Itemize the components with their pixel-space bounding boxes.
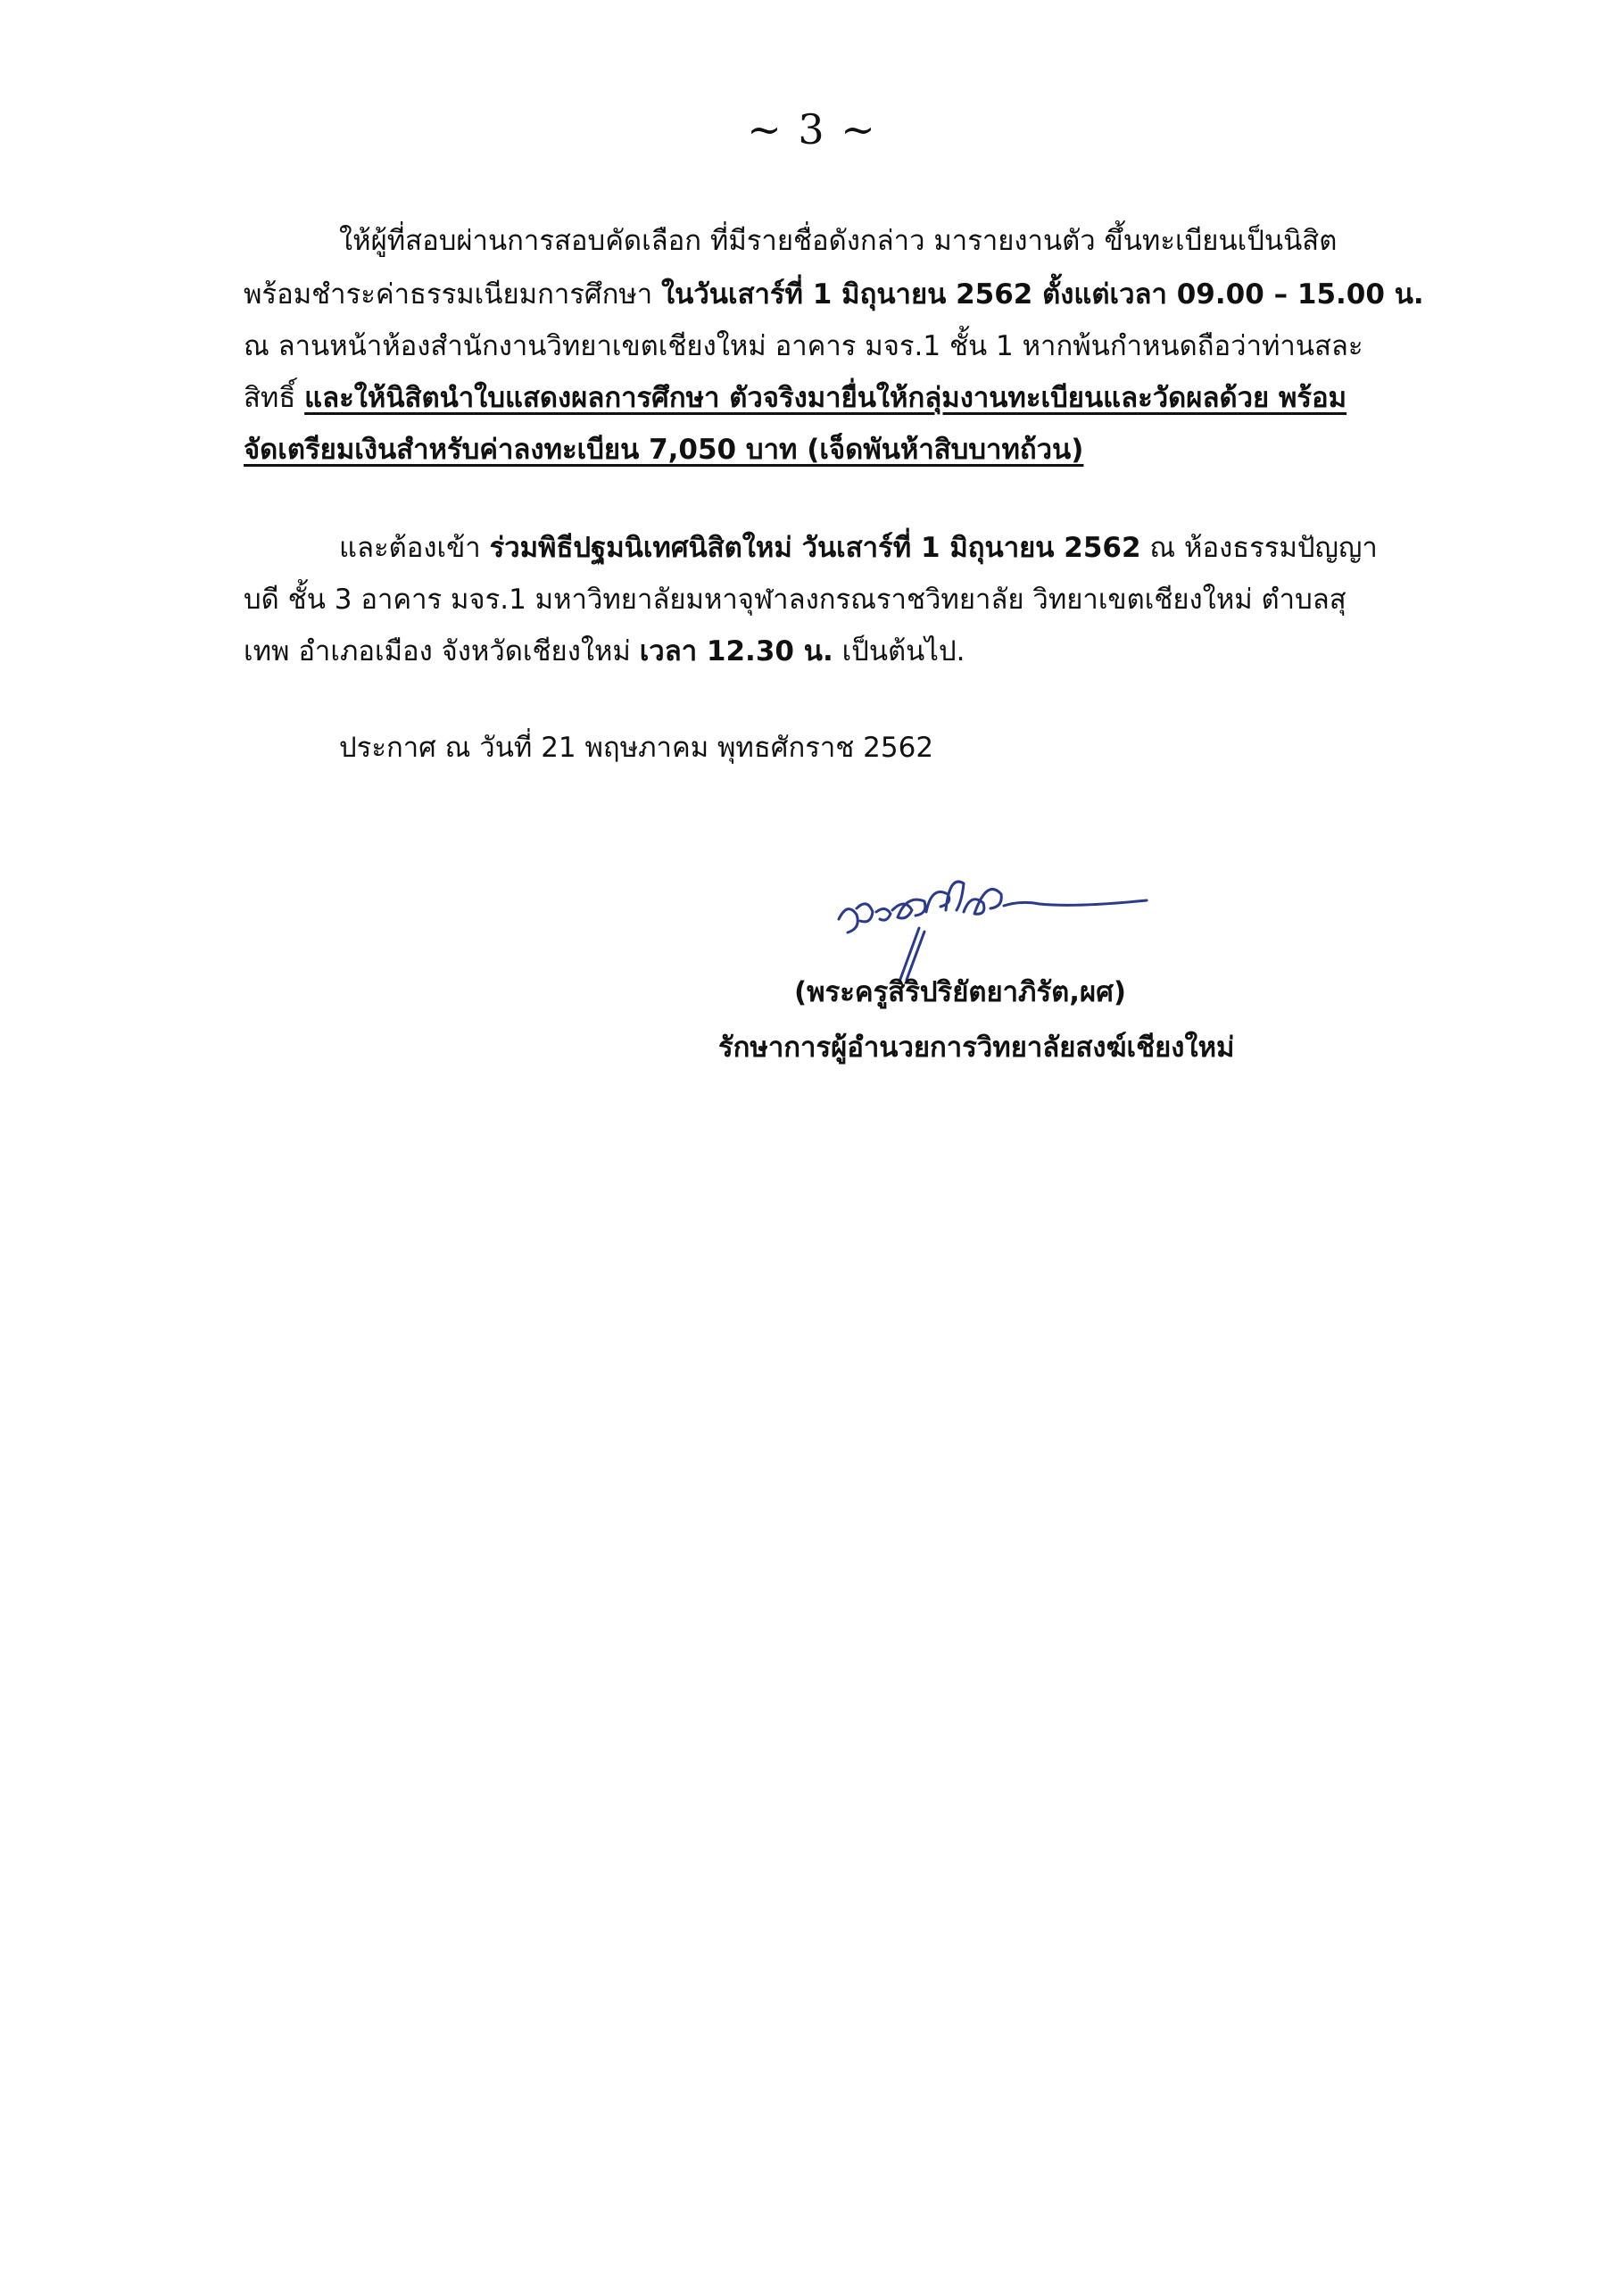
registration-fee: จัดเตรียมเงินสำหรับค่าลงทะเบียน 7,050 บา… xyxy=(244,434,1083,466)
location-text: เทพ อำเภอเมือง จังหวัดเชียงใหม่ xyxy=(244,635,640,667)
forfeit-text: สิทธิ์ xyxy=(244,382,304,414)
fee-text: พร้อมชำระค่าธรรมเนียมการศึกษา xyxy=(244,278,661,311)
paragraph1-line1: ให้ผู้ที่สอบผ่านการสอบคัดเลือก ที่มีรายช… xyxy=(339,223,1454,259)
document-page: ~ 3 ~ ให้ผู้ที่สอบผ่านการสอบคัดเลือก ที่… xyxy=(0,0,1624,2296)
orientation-date: ร่วมพิธีปฐมนิเทศนิสิตใหม่ วันเสาร์ที่ 1 … xyxy=(490,532,1141,564)
orientation-time: เวลา 12.30 น. xyxy=(640,635,833,667)
transcript-instruction: และให้นิสิตนำใบแสดงผลการศึกษา ตัวจริงมาย… xyxy=(304,382,1346,414)
paragraph2-line3: เทพ อำเภอเมือง จังหวัดเชียงใหม่ เวลา 12.… xyxy=(244,634,1359,669)
paragraph1-line3: ณ ลานหน้าห้องสำนักงานวิทยาเขตเชียงใหม่ อ… xyxy=(244,328,1359,364)
signatory-name: (พระครูสิริปริยัตยาภิรัต,ผศ) xyxy=(794,969,1126,1014)
venue-text: ณ ห้องธรรมปัญญา xyxy=(1141,532,1378,564)
page-number: ~ 3 ~ xyxy=(0,105,1624,153)
paragraph2-line1: และต้องเข้า ร่วมพิธีปฐมนิเทศนิสิตใหม่ วั… xyxy=(339,530,1454,566)
announcement-date: ประกาศ ณ วันที่ 21 พฤษภาคม พุทธศักราช 25… xyxy=(339,730,1454,766)
signatory-position: รักษาการผู้อำนวยการวิทยาลัยสงฆ์เชียงใหม่ xyxy=(718,1024,1234,1069)
paragraph1-line4: สิทธิ์ และให้นิสิตนำใบแสดงผลการศึกษา ตัว… xyxy=(244,380,1359,416)
registration-date-time: ในวันเสาร์ที่ 1 มิถุนายน 2562 ตั้งแต่เวล… xyxy=(661,278,1424,311)
paragraph1-line2: พร้อมชำระค่าธรรมเนียมการศึกษา ในวันเสาร์… xyxy=(244,277,1359,312)
attend-text: และต้องเข้า xyxy=(339,532,490,564)
handwritten-signature xyxy=(821,857,1178,982)
onward-text: เป็นต้นไป. xyxy=(833,635,965,667)
signature-icon xyxy=(821,857,1178,982)
paragraph1-line5: จัดเตรียมเงินสำหรับค่าลงทะเบียน 7,050 บา… xyxy=(244,432,1359,468)
paragraph2-line2: บดี ชั้น 3 อาคาร มจร.1 มหาวิทยาลัยมหาจุฬ… xyxy=(244,582,1359,618)
